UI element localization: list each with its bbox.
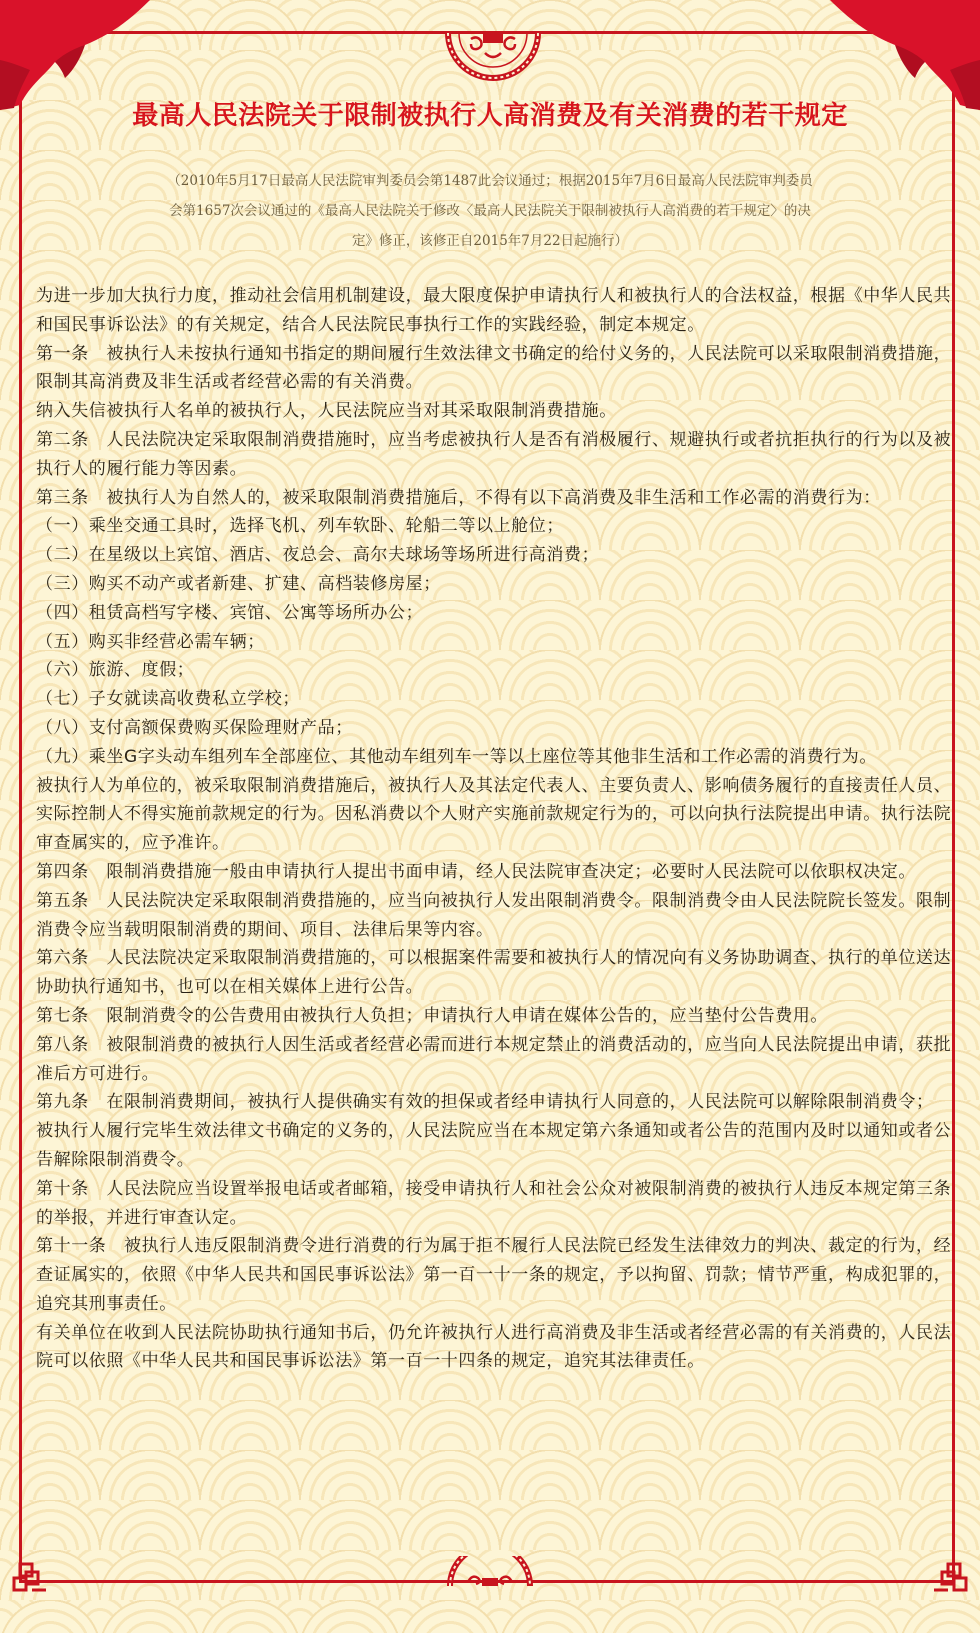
article-3-item-7: （七）子女就读高收费私立学校； [36, 685, 956, 714]
article-3-item-1: （一）乘坐交通工具时，选择飞机、列车软卧、轮船二等以上舱位； [36, 512, 956, 541]
document-subtitle: （2010年5月17日最高人民法院审判委员会第1487此会议通过；根据2015年… [120, 166, 860, 256]
curtain-right-icon [830, 0, 980, 110]
article-6: 第六条 人民法院决定采取限制消费措施的，可以根据案件需要和被执行人的情况向有义务… [36, 944, 956, 1002]
article-1: 第一条 被执行人未按执行通知书指定的期间履行生效法律文书确定的给付义务的，人民法… [36, 340, 956, 398]
chinese-knot-left-icon [8, 1560, 46, 1600]
subtitle-line: 会第1657次会议通过的《最高人民法院关于修改〈最高人民法院关于限制被执行人高消… [120, 196, 860, 226]
document-title: 最高人民法院关于限制被执行人高消费及有关消费的若干规定 [0, 95, 980, 132]
chinese-knot-right-icon [934, 1560, 972, 1600]
article-3-item-2: （二）在星级以上宾馆、酒店、夜总会、高尔夫球场等场所进行高消费； [36, 541, 956, 570]
bottom-medallion-icon [440, 1556, 540, 1586]
article-10: 第十条 人民法院应当设置举报电话或者邮箱，接受申请执行人和社会公众对被限制消费的… [36, 1175, 956, 1233]
article-3-clause-2: 被执行人为单位的，被采取限制消费措施后，被执行人及其法定代表人、主要负责人、影响… [36, 772, 956, 858]
article-3-item-8: （八）支付高额保费购买保险理财产品； [36, 714, 956, 743]
article-1-clause-2: 纳入失信被执行人名单的被执行人，人民法院应当对其采取限制消费措施。 [36, 397, 956, 426]
preamble-paragraph: 为进一步加大执行力度，推动社会信用机制建设，最大限度保护申请执行人和被执行人的合… [36, 282, 956, 340]
article-9-clause-2: 被执行人履行完毕生效法律文书确定的义务的，人民法院应当在本规定第六条通知或者公告… [36, 1117, 956, 1175]
article-9: 第九条 在限制消费期间，被执行人提供确实有效的担保或者经申请执行人同意的，人民法… [36, 1088, 956, 1117]
article-5: 第五条 人民法院决定采取限制消费措施的，应当向被执行人发出限制消费令。限制消费令… [36, 887, 956, 945]
curtain-left-icon [0, 0, 150, 110]
article-3-item-6: （六）旅游、度假； [36, 656, 956, 685]
article-8: 第八条 被限制消费的被执行人因生活或者经营必需而进行本规定禁止的消费活动的，应当… [36, 1031, 956, 1089]
subtitle-line: （2010年5月17日最高人民法院审判委员会第1487此会议通过；根据2015年… [120, 166, 860, 196]
article-2: 第二条 人民法院决定采取限制消费措施时，应当考虑被执行人是否有消极履行、规避执行… [36, 426, 956, 484]
document-body: 为进一步加大执行力度，推动社会信用机制建设，最大限度保护申请执行人和被执行人的合… [36, 282, 956, 1376]
article-3-item-5: （五）购买非经营必需车辆； [36, 628, 956, 657]
article-4: 第四条 限制消费措施一般由申请执行人提出书面申请，经人民法院审查决定；必要时人民… [36, 858, 956, 887]
article-7: 第七条 限制消费令的公告费用由被执行人负担；申请执行人申请在媒体公告的，应当垫付… [36, 1002, 956, 1031]
article-11-clause-2: 有关单位在收到人民法院协助执行通知书后，仍允许被执行人进行高消费及非生活或者经营… [36, 1319, 956, 1377]
article-3-item-4: （四）租赁高档写字楼、宾馆、公寓等场所办公； [36, 599, 956, 628]
article-3: 第三条 被执行人为自然人的，被采取限制消费措施后，不得有以下高消费及非生活和工作… [36, 484, 956, 513]
article-11: 第十一条 被执行人违反限制消费令进行消费的行为属于拒不履行人民法院已经发生法律效… [36, 1232, 956, 1318]
top-medallion-icon [443, 31, 543, 83]
article-3-item-9: （九）乘坐G字头动车组列车全部座位、其他动车组列车一等以上座位等其他非生活和工作… [36, 743, 956, 772]
subtitle-line: 定》修正，该修正自2015年7月22日起施行） [120, 226, 860, 256]
article-3-item-3: （三）购买不动产或者新建、扩建、高档装修房屋； [36, 570, 956, 599]
